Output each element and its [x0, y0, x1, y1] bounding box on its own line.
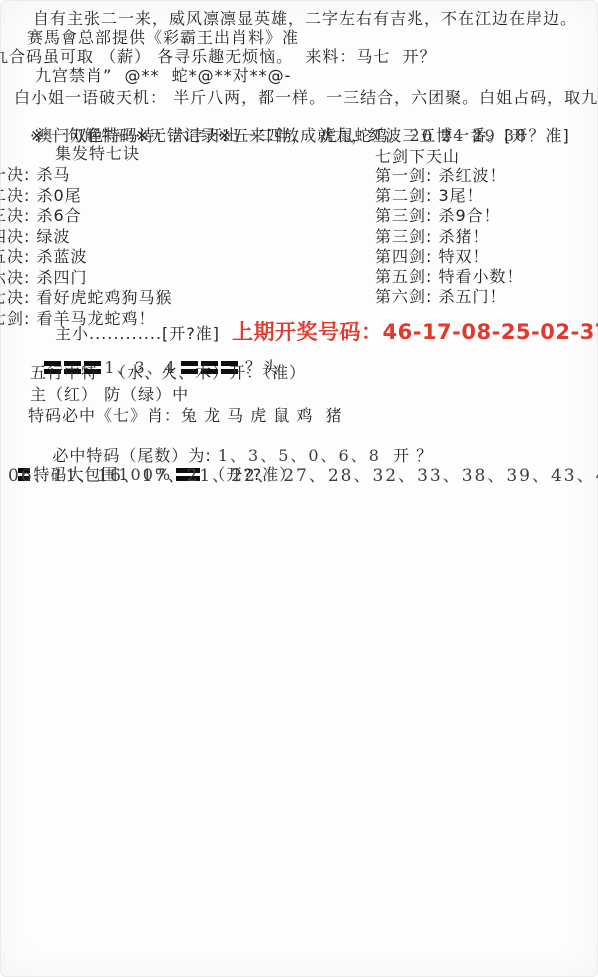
jifa-item: 七决: 看好虎蛇鸡狗马猴 [0, 285, 172, 308]
lottery-tip-sheet: 自有主张二一来，威风凛凛显英雄，二字左右有吉兆，不在江边在岸边。 赛馬會总部提供… [0, 0, 598, 977]
jifa-item: 三决: 杀6合 [0, 203, 82, 226]
bizhong-xiao-line: 特码必中《七》肖：兔 龙 马 虎 鼠 鸡 猪 [28, 403, 343, 426]
jifa-title: 集发特七诀 [55, 141, 140, 164]
baowei-numbers-line: 06、11、16、17、21、22、 27、28、32、33、38、39、43、… [8, 461, 598, 486]
verse-line-4: 九宫禁肖” @** 蛇*@**对**@- [35, 63, 291, 86]
jifa-item: 一决: 杀马 [0, 162, 70, 185]
wuxing-line: 五行中特 （水、火、木）开：（准） [30, 360, 306, 383]
zhufang-line: 主（红） 防（绿）中 [30, 382, 189, 405]
jifa-item: 五决: 杀蓝波 [0, 244, 87, 267]
last-draw-numbers: 上期开奖号码：46-17-08-25-02-37+29 [232, 316, 598, 346]
qijian-item: 第六剑: 杀五门！ [375, 284, 506, 307]
qijian-item: 第三剑: 杀9合！ [375, 203, 501, 226]
